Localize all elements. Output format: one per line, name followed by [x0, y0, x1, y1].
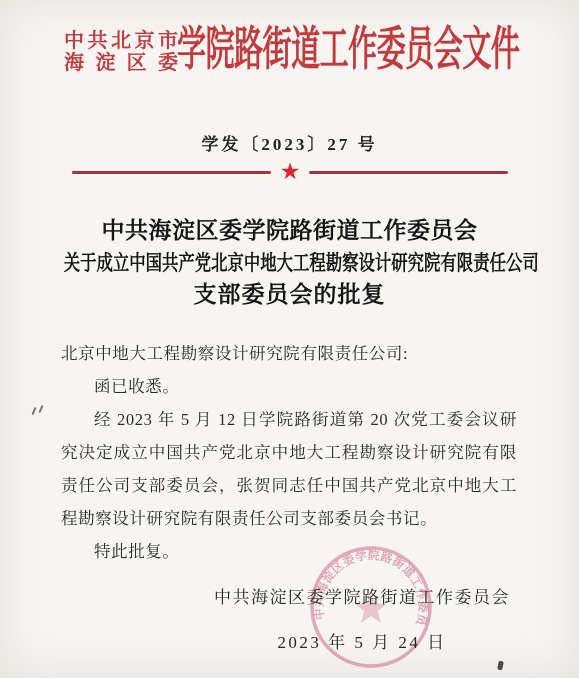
letterhead-title-wrap: 学院路街道工作委员会文件	[177, 22, 537, 80]
body-paragraph-2: 经 2023 年 5 月 12 日学院路街道第 20 次党工委会议研究决定成立中…	[61, 403, 517, 535]
signature-date: 2023 年 5 月 24 日	[212, 628, 512, 653]
document-title-line3: 支部委员会的批复	[0, 279, 579, 311]
red-divider-rule: ★	[72, 160, 508, 184]
document-title: 中共海淀区委学院路街道工作委员会 关于成立中国共产党北京中地大工程勘察设计研究院…	[0, 215, 579, 311]
signature-organization: 中共海淀区委学院路街道工作委员会	[212, 583, 512, 608]
body-paragraph-1: 函已收悉。	[61, 370, 517, 403]
letterhead-issuer-prefix-line1: 中共北京市	[64, 30, 178, 52]
document-title-line1: 中共海淀区委学院路街道工作委员会	[0, 215, 579, 247]
document-title-line2: 关于成立中国共产党北京中地大工程勘察设计研究院有限责任公司	[64, 247, 516, 279]
letterhead-issuer-prefix: 中共北京市 海淀区委	[64, 30, 178, 74]
signature-block: 中共海淀区委学院路街道工作委员会 2023 年 5 月 24 日	[212, 583, 512, 653]
scan-artifact-ink-dot	[497, 661, 504, 671]
letterhead-issuer-prefix-line2: 海淀区委	[64, 52, 178, 74]
letterhead-title: 学院路街道工作委员会文件	[177, 22, 519, 78]
document-body: 北京中地大工程勘察设计研究院有限责任公司: 函已收悉。 经 2023 年 5 月…	[61, 337, 517, 568]
star-icon: ★	[280, 160, 301, 184]
recipient-line: 北京中地大工程勘察设计研究院有限责任公司:	[61, 337, 517, 370]
reference-number: 学发〔2023〕27 号	[0, 130, 579, 155]
divider-line-left	[72, 171, 271, 174]
divider-line-right	[309, 171, 508, 174]
scan-artifact-pen-mark	[31, 405, 47, 417]
official-document-page: 中共北京市 海淀区委 学院路街道工作委员会文件 学发〔2023〕27 号 ★ 中…	[0, 0, 579, 678]
body-paragraph-3: 特此批复。	[61, 535, 517, 568]
